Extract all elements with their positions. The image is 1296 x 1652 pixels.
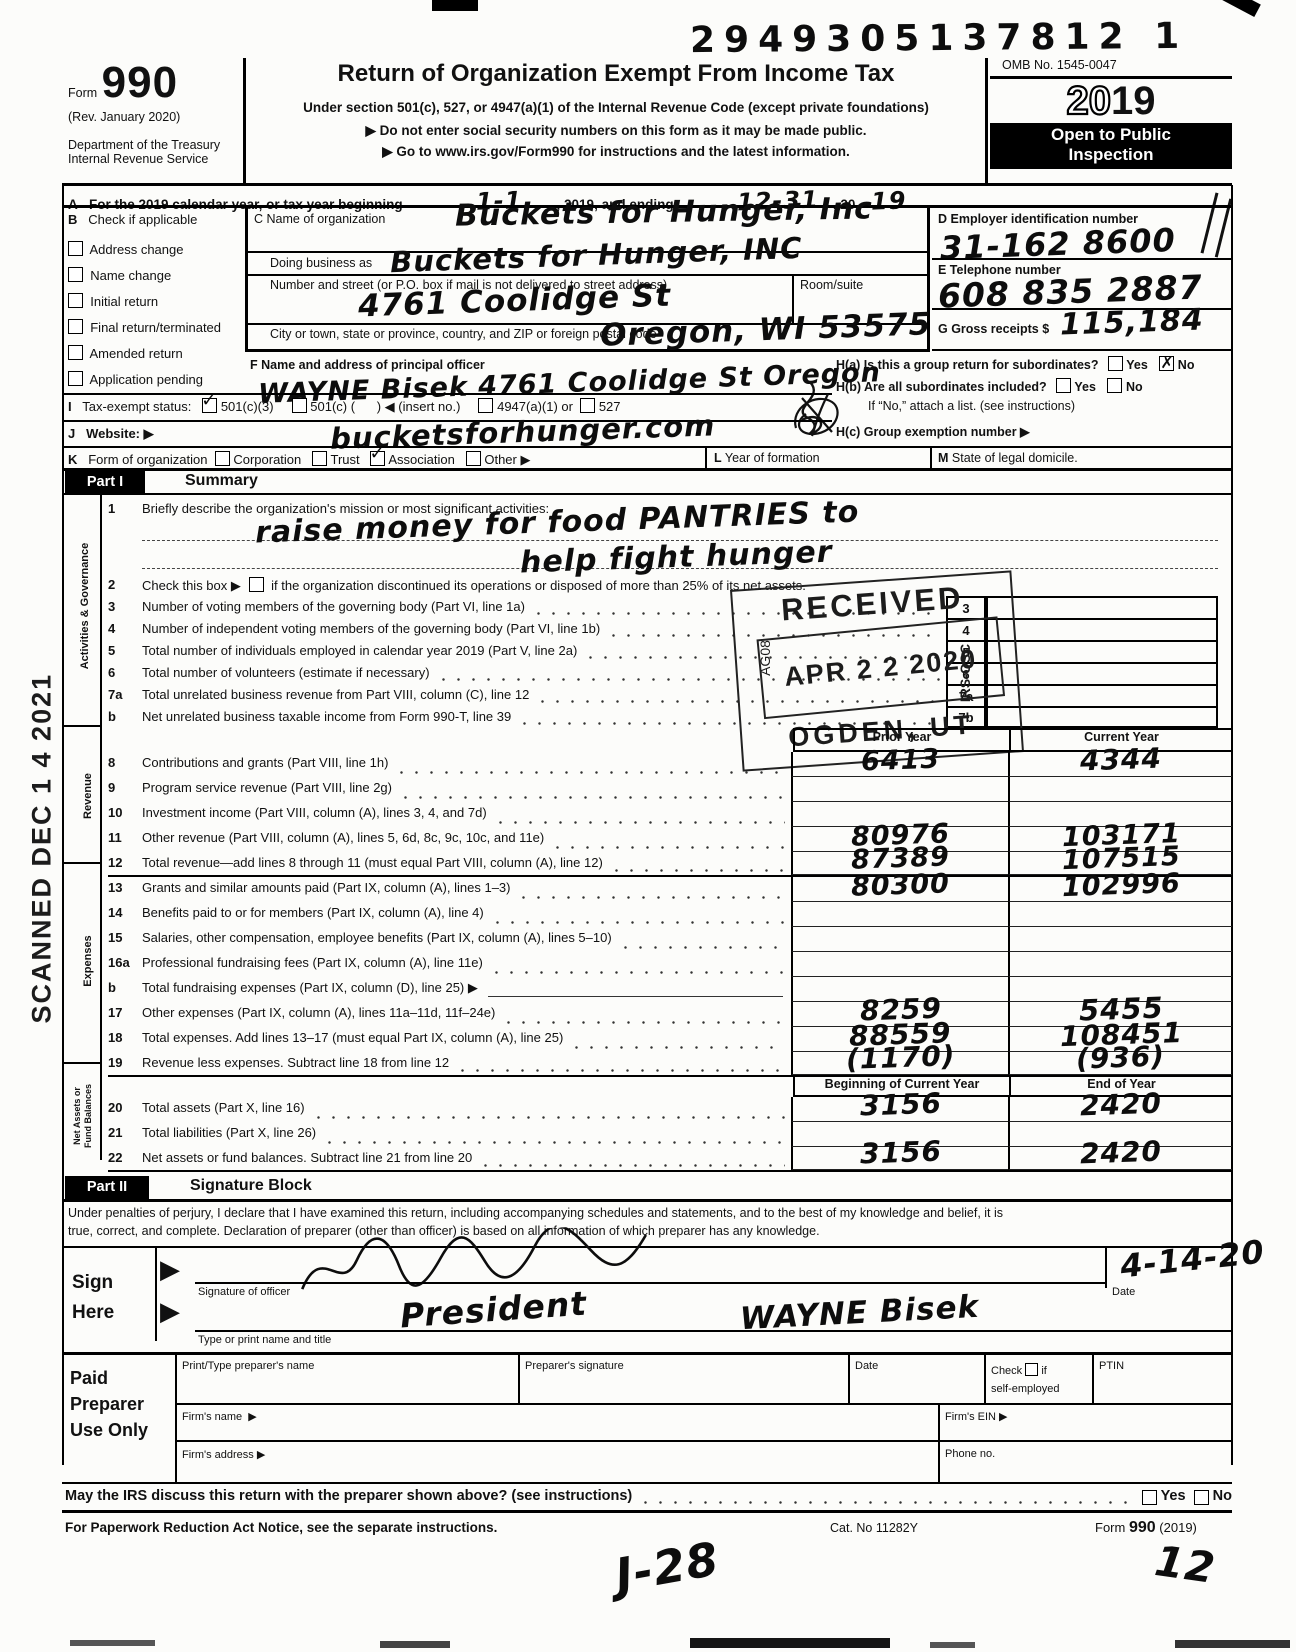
side-label-governance: Activities & Governance [79,501,91,711]
form-of-org-label: Form of organization [88,452,207,467]
firm-name-arrow: ▶ [248,1411,256,1423]
ptin-label: PTIN [1099,1360,1124,1372]
self-employed-checkbox[interactable] [1025,1363,1038,1376]
year-of-formation-label: L L Year of formationYear of formation [714,451,820,465]
count-value-5 [986,640,1218,662]
net-row-22: 22 Net assets or fund balances. Subtract… [108,1147,1232,1172]
org-other-checkbox[interactable] [466,451,481,466]
firm-ein-label: Firm's EIN ▶ [945,1410,1008,1423]
hb-no-checkbox[interactable] [1107,378,1122,393]
line-k-letter: K [68,452,77,467]
fin-col-headers: Prior Year Current Year [793,730,1232,750]
line-j-letter: J [68,426,75,441]
fin-prior-16a [791,952,1008,977]
preparer-sig-label: Preparer's signature [525,1360,624,1372]
type-print-label: Type or print name and title [198,1334,331,1346]
tax-exempt-527-checkbox[interactable] [580,398,595,413]
tax-exempt-4947-checkbox[interactable] [478,398,493,413]
form-revision: (Rev. January 2020) [68,110,240,124]
line-j: J Website: ▶ [68,426,154,442]
fin-row-16a: 16a Professional fundraising fees (Part … [108,952,1232,977]
sign-date-label: Date [1112,1286,1135,1298]
scan-artifact-bottom-3 [690,1638,890,1648]
tax-exempt-label: Tax-exempt status: [82,399,191,414]
fin-prior-9 [791,777,1008,802]
scanned-date-stamp: SCANNED DEC 1 4 2021 [27,724,58,1024]
hb-note: If “No,” attach a list. (see instruction… [868,399,1075,413]
form-bullet-1: ▶ Do not enter social security numbers o… [250,123,982,139]
checkbox-row-address-change: Address change [68,237,240,263]
scan-artifact-bottom-2 [380,1641,450,1648]
count-row-7b: b Net unrelated business taxable income … [108,706,1218,728]
scan-artifact-bottom-4 [930,1642,975,1648]
scan-artifact-bottom-1 [70,1640,155,1646]
fin-prior-8: 6413 [791,752,1008,777]
may-irs-no-checkbox[interactable] [1194,1490,1209,1505]
fin-prior-15 [791,927,1008,952]
line-i-letter: I [68,399,72,414]
scan-artifact-bottom-5 [1175,1640,1290,1648]
paid-preparer-label: PaidPreparerUse Only [70,1365,148,1443]
fin-prior-14 [791,902,1008,927]
firm-address-arrow: ▶ [257,1449,265,1461]
hb-label: H(b) Are all subordinates included? [836,380,1047,394]
may-irs-row: May the IRS discuss this return with the… [65,1488,1232,1507]
phone-no-label: Phone no. [945,1448,995,1460]
m-text: State of legal domicile. [952,451,1078,465]
fin-current-15 [1008,927,1232,952]
hb-row: H(b) Are all subordinates included? Yes … [836,378,1232,394]
form-990-scanned-page: 2949305137812 1 SCANNED DEC 1 4 2021 For… [0,0,1296,1652]
hb-yes-checkbox[interactable] [1056,378,1071,393]
net-end-22: 2420 [1008,1147,1232,1170]
checkbox-row-initial-return: Initial return [68,289,240,315]
gross-receipts-handwritten: 115,184 [1059,303,1204,343]
fin-current-14 [1008,902,1232,927]
dept-treasury: Department of the Treasury [68,138,240,152]
sign-arrow-2: ▶ [160,1296,180,1327]
sign-date-handwritten: 4-14-20 [1118,1233,1266,1286]
dba-label: Doing business as [270,256,372,270]
org-trust-checkbox[interactable] [312,451,327,466]
catalog-number: Cat. No 11282Y [830,1521,918,1535]
ha-no-checkbox[interactable]: ✗ [1159,356,1174,371]
fin-current-16a [1008,952,1232,977]
fin-current-8: 4344 [1008,752,1232,777]
hc-label: H(c) Group exemption number ▶ [836,424,1030,439]
perjury-line-1: Under penalties of perjury, I declare th… [68,1206,1228,1220]
count-row-7a: 7a Total unrelated business revenue from… [108,684,1218,706]
tax-year-bold: 19 [1111,79,1156,123]
omb-block: OMB No. 1545-0047 2019 Open to Public In… [990,58,1232,169]
part1-line2: 2 Check this box ▶ if the organization d… [108,574,1218,594]
initial-return-checkbox[interactable] [68,293,83,308]
discontinued-label-a: Check this box ▶ [142,578,241,593]
tax-year-outline: 20 [1067,79,1112,123]
checkbox-row-final-return: Final return/terminated [68,315,240,341]
header-title-block: Return of Organization Exempt From Incom… [250,60,982,160]
signature-of-officer-label: Signature of officer [198,1286,290,1298]
form-title: Return of Organization Exempt From Incom… [250,60,982,88]
city-label: City or town, state or province, country… [270,327,657,341]
fin-row-13: 13 Grants and similar amounts paid (Part… [108,877,1232,902]
principal-officer-label: F Name and address of principal officer [250,358,485,372]
tax-exempt-501c3-check: ✓ [201,390,216,411]
preparer-check-label: Check if self-employed [991,1362,1091,1398]
count-row-5: 5 Total number of individuals employed i… [108,640,1218,662]
fin-row-15: 15 Salaries, other compensation, employe… [108,927,1232,952]
state-of-domicile-label: M State of legal domicile. [938,451,1078,465]
ha-label: H(a) Is this a group return for subordin… [836,358,1099,372]
count-row-6: 6 Total number of volunteers (estimate i… [108,662,1218,684]
preparer-date-label: Date [855,1360,878,1372]
side-label-net-assets: Net Assets orFund Balances [72,1051,94,1181]
received-stamp-agency-code: AG08 [757,628,773,688]
form-bullet-2: ▶ Go to www.irs.gov/Form990 for instruct… [250,144,982,160]
fin-current-19: (936) [1008,1052,1232,1075]
received-stamp-date: APR 2 2 2020 [783,643,979,692]
count-value-3 [986,596,1218,618]
ha-row: H(a) Is this a group return for subordin… [836,356,1232,372]
ha-yes-checkbox[interactable] [1108,356,1123,371]
address-change-checkbox[interactable] [68,241,83,256]
tax-exempt-501c-checkbox[interactable] [292,398,307,413]
discontinued-label-b: if the organization discontinued its ope… [271,578,806,593]
fin-prior-19: (1170) [791,1052,1008,1075]
count-value-4 [986,618,1218,640]
ha-no-x-mark: ✗ [1160,353,1173,372]
fin-prior-13: 80300 [791,877,1008,902]
org-name-label: C Name of organization [254,212,385,226]
org-association-check: ✓ [369,443,384,464]
sign-here-label: SignHere [72,1268,114,1328]
org-corporation-checkbox[interactable] [215,451,230,466]
scan-artifact-top [432,0,478,11]
side-label-expenses: Expenses [82,896,94,1026]
fin-row-8: 8 Contributions and grants (Part VIII, l… [108,752,1232,777]
count-value-6 [986,662,1218,684]
part2-tag: Part II [65,1176,149,1200]
name-change-checkbox[interactable] [68,267,83,282]
fin-row-14: 14 Benefits paid to or for members (Part… [108,902,1232,927]
may-irs-yes-checkbox[interactable] [1142,1490,1157,1505]
net-begin-20: 3156 [791,1097,1008,1122]
checkbox-row-name-change: Name change [68,263,240,289]
net-begin-22: 3156 [791,1147,1008,1170]
irs-label: Internal Revenue Service [68,152,240,166]
firm-address-label: Firm's address ▶ [182,1448,265,1461]
amended-return-checkbox[interactable] [68,345,83,360]
discontinued-checkbox[interactable] [249,577,264,592]
form-number: 990 [102,58,178,107]
received-stamp-irs-osc: IRS-OSC [957,628,973,718]
count-row-4: 4 Number of independent voting members o… [108,618,1218,640]
form-word: Form [68,86,97,100]
line-k: K Form of organization Corporation Trust… [68,451,530,468]
form-subtitle: Under section 501(c), 527, or 4947(a)(1)… [250,100,982,115]
section-b-title: Check if applicable [88,212,197,227]
website-label: Website: ▶ [86,426,154,441]
scan-artifact-top-right [1217,0,1261,17]
form-number-block: Form 990 (Rev. January 2020) Department … [68,58,240,166]
tax-exempt-527-scribble [788,388,844,438]
bottom-center-mark: J-28 [611,1531,723,1602]
section-b: B Check if applicable Address change Nam… [68,212,240,393]
footer-form-number: Form 990 (2019) [1095,1519,1197,1537]
org-association-checkbox[interactable]: ✓ [370,451,385,466]
website-handwritten: bucketsforhunger.com [330,408,716,455]
l-text: Year of formation [725,451,820,465]
side-label-revenue: Revenue [82,736,94,856]
count-row-3: 3 Number of voting members of the govern… [108,596,1218,618]
net-row-21: 21 Total liabilities (Part X, line 26) [108,1122,1232,1147]
fin-row-9: 9 Program service revenue (Part VIII, li… [108,777,1232,802]
part2-title: Signature Block [190,1177,312,1195]
fin-row-16b: b Total fundraising expenses (Part IX, c… [108,977,1232,1002]
count-value-7a [986,684,1218,706]
fin-current-9 [1008,777,1232,802]
checkbox-row-amended-return: Amended return [68,341,240,367]
ein-handwritten: 31-162 8600 [939,221,1176,267]
open-to-public-badge: Open to Public Inspection [990,123,1232,169]
fin-row-19: 19 Revenue less expenses. Subtract line … [108,1052,1232,1077]
section-b-letter: B [68,212,77,227]
paperwork-notice: For Paperwork Reduction Act Notice, see … [65,1520,497,1535]
gross-receipts-label: G Gross receipts $ [938,322,1049,336]
room-suite-label: Room/suite [800,278,863,292]
firm-name-label: Firm's name ▶ [182,1410,257,1423]
part1-title: Summary [185,472,258,490]
net-end-20: 2420 [1008,1097,1232,1122]
net-row-20: 20 Total assets (Part X, line 16) 3156 2… [108,1097,1232,1122]
bottom-right-mark: 12 [1152,1536,1219,1593]
tax-exempt-501c3-checkbox[interactable]: ✓ [202,398,217,413]
sign-arrow-1: ▶ [160,1254,180,1285]
preparer-name-label: Print/Type preparer's name [182,1360,314,1372]
may-irs-text: May the IRS discuss this return with the… [65,1488,632,1507]
final-return-checkbox[interactable] [68,319,83,334]
omb-number: OMB No. 1545-0047 [990,58,1232,72]
application-pending-checkbox[interactable] [68,371,83,386]
org-name-handwritten: Buckets for Hunger, Inc [455,191,874,233]
line-i: I Tax-exempt status: ✓ 501(c)(3) 501(c) … [68,398,832,415]
part1-tag: Part I [65,471,145,494]
fin-row-18: 18 Total expenses. Add lines 13–17 (must… [108,1027,1232,1052]
fin-current-13: 102996 [1008,877,1232,902]
